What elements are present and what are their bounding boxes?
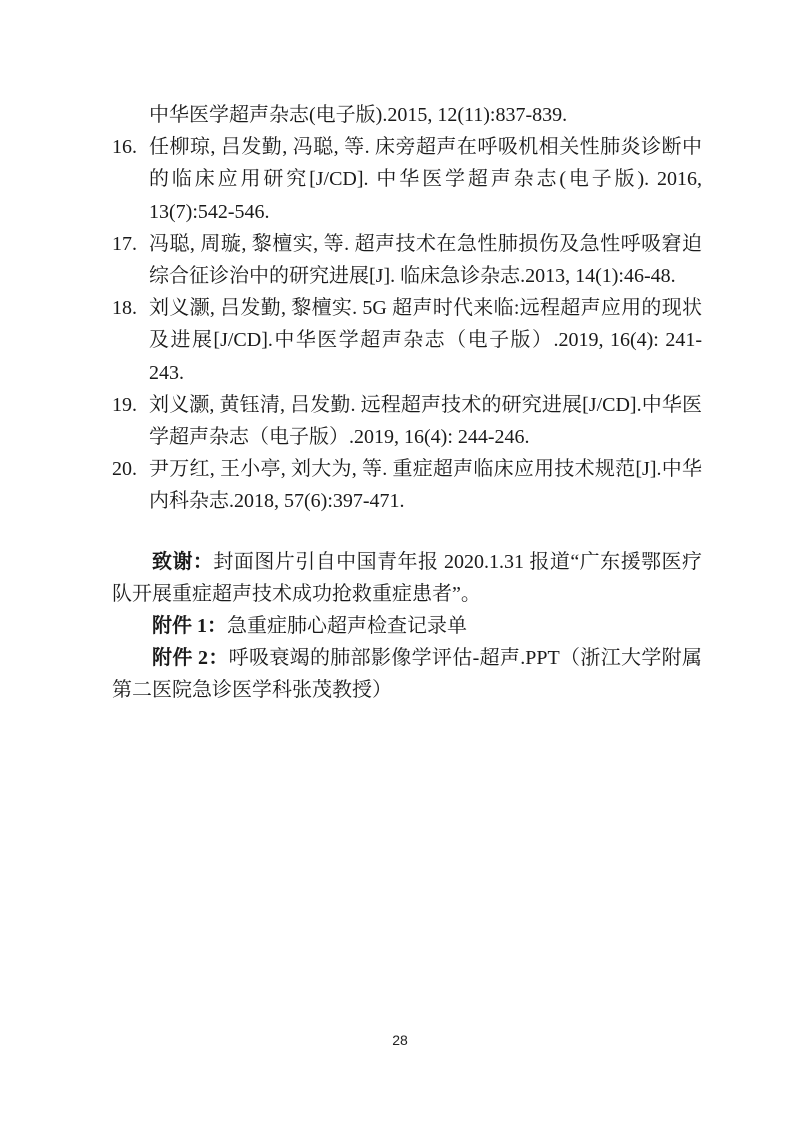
attachment-1-paragraph: 附件 1：急重症肺心超声检查记录单 <box>112 610 702 642</box>
reference-number: 19. <box>112 389 149 421</box>
reference-number: 18. <box>112 292 149 324</box>
attachment-2-paragraph: 附件 2：呼吸衰竭的肺部影像学评估-超声.PPT（浙江大学附属第二医院急诊医学科… <box>112 642 702 706</box>
reference-number: 16. <box>112 131 149 163</box>
reference-list: 中华医学超声杂志(电子版).2015, 12(11):837-839. 16. … <box>112 99 702 518</box>
reference-item-16: 16. 任柳琼, 吕发勤, 冯聪, 等. 床旁超声在呼吸机相关性肺炎诊断中的临床… <box>112 131 702 228</box>
reference-text: 任柳琼, 吕发勤, 冯聪, 等. 床旁超声在呼吸机相关性肺炎诊断中的临床应用研究… <box>149 136 702 222</box>
reference-text: 尹万红, 王小亭, 刘大为, 等. 重症超声临床应用技术规范[J].中华内科杂志… <box>149 458 702 512</box>
reference-item-19: 19. 刘义灏, 黄钰清, 吕发勤. 远程超声技术的研究进展[J/CD].中华医… <box>112 389 702 453</box>
acknowledgement-label: 致谢： <box>152 551 213 573</box>
attachment-2-label: 附件 2： <box>152 647 229 669</box>
attachment-1-text: 急重症肺心超声检查记录单 <box>227 615 467 637</box>
page-content: 中华医学超声杂志(电子版).2015, 12(11):837-839. 16. … <box>112 99 702 707</box>
reference-item-20: 20. 尹万红, 王小亭, 刘大为, 等. 重症超声临床应用技术规范[J].中华… <box>112 453 702 517</box>
reference-number: 20. <box>112 453 149 485</box>
reference-text: 刘义灏, 吕发勤, 黎檀实. 5G 超声时代来临:远程超声应用的现状及进展[J/… <box>149 297 702 383</box>
document-page: 中华医学超声杂志(电子版).2015, 12(11):837-839. 16. … <box>0 0 800 1131</box>
reference-item-17: 17. 冯聪, 周璇, 黎檀实, 等. 超声技术在急性肺损伤及急性呼吸窘迫综合征… <box>112 228 702 292</box>
acknowledgement-paragraph: 致谢：封面图片引自中国青年报 2020.1.31 报道“广东援鄂医疗队开展重症超… <box>112 546 702 610</box>
page-number: 28 <box>0 1032 800 1048</box>
reference-text: 冯聪, 周璇, 黎檀实, 等. 超声技术在急性肺损伤及急性呼吸窘迫综合征诊治中的… <box>149 233 702 287</box>
reference-text: 刘义灏, 黄钰清, 吕发勤. 远程超声技术的研究进展[J/CD].中华医学超声杂… <box>149 394 702 448</box>
attachment-1-label: 附件 1： <box>152 615 227 637</box>
reference-number: 17. <box>112 228 149 260</box>
reference-item-18: 18. 刘义灏, 吕发勤, 黎檀实. 5G 超声时代来临:远程超声应用的现状及进… <box>112 292 702 389</box>
reference-15-continuation: 中华医学超声杂志(电子版).2015, 12(11):837-839. <box>112 99 702 131</box>
